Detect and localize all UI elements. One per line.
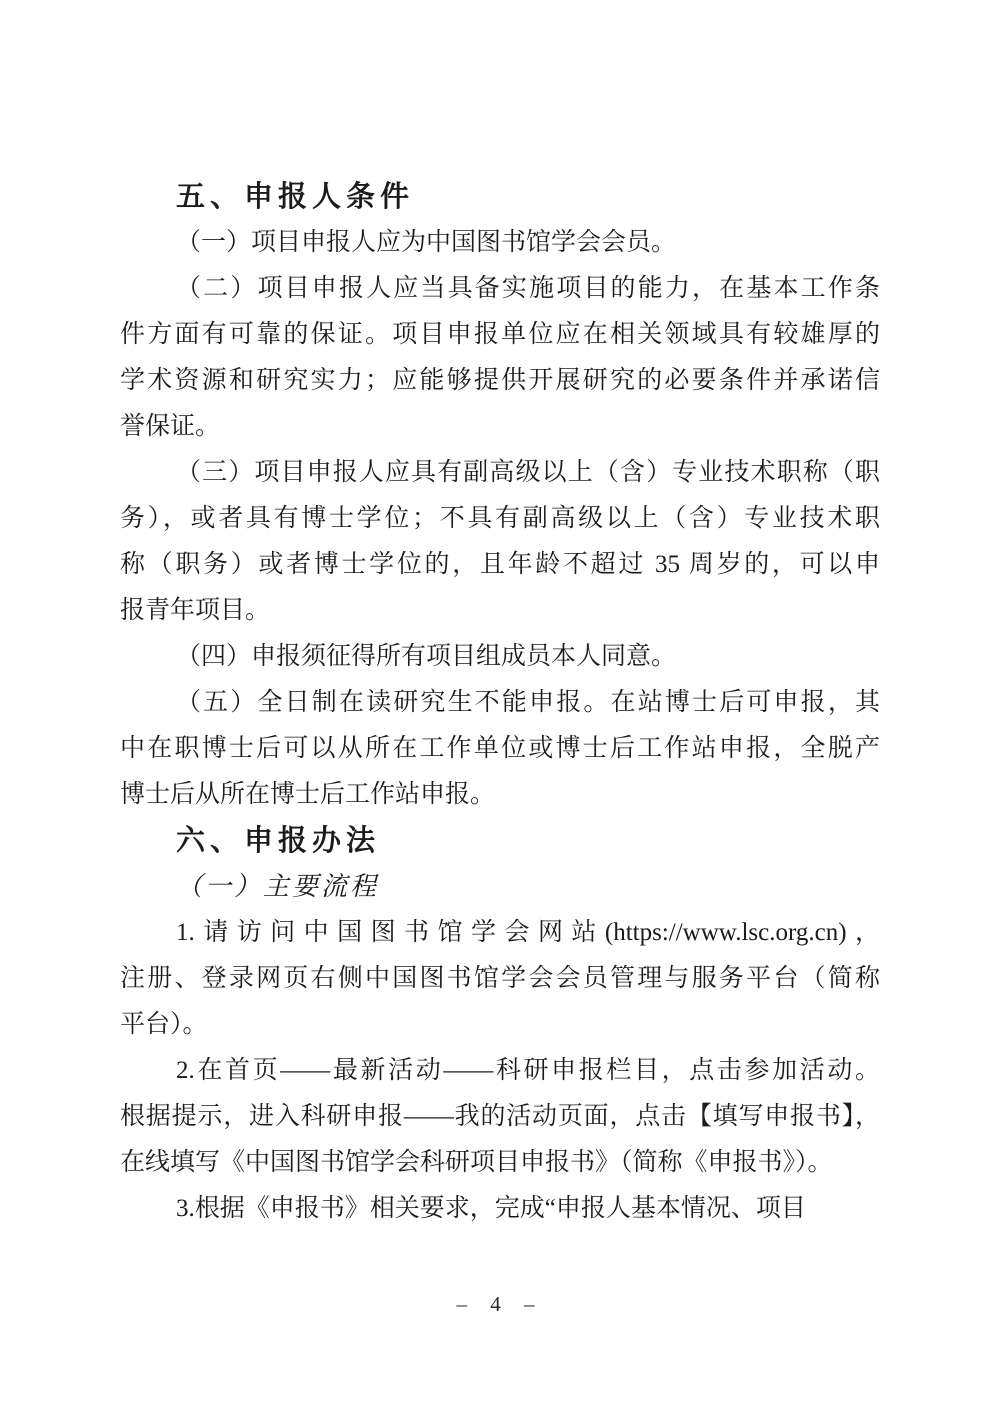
text-line: 六、申报办法 [120, 818, 880, 864]
paragraph: （一）项目申报人应为中国图书馆学会会员。 [120, 220, 880, 266]
paragraph: （五）全日制在读研究生不能申报。在站博士后可申报，其中在职博士后可以从所在工作单… [120, 680, 880, 818]
text-line: 报青年项目。 [120, 588, 880, 634]
text-line: （一）主要流程 [120, 864, 880, 910]
text-line: 根据提示，进入科研申报——我的活动页面，点击【填写申报书】， [120, 1094, 880, 1140]
text-line: （一）项目申报人应为中国图书馆学会会员。 [120, 220, 880, 266]
paragraph: 3.根据《申报书》相关要求，完成“申报人基本情况、项目 [120, 1186, 880, 1232]
text-line: 誉保证。 [120, 404, 880, 450]
text-line: （三）项目申报人应具有副高级以上（含）专业技术职称（职 [120, 450, 880, 496]
text-line: 1.请访问中国图书馆学会网站(https://www.lsc.org.cn)， [120, 910, 880, 956]
text-line: 称（职务）或者博士学位的，且年龄不超过 35 周岁的，可以申 [120, 542, 880, 588]
text-line: 学术资源和研究实力；应能够提供开展研究的必要条件并承诺信 [120, 358, 880, 404]
text-line: 五、申报人条件 [120, 174, 880, 220]
text-line: 平台）。 [120, 1002, 880, 1048]
text-line: 3.根据《申报书》相关要求，完成“申报人基本情况、项目 [120, 1186, 880, 1232]
text-line: 在线填写《中国图书馆学会科研项目申报书》（简称《申报书》）。 [120, 1140, 880, 1186]
document-page: 五、申报人条件（一）项目申报人应为中国图书馆学会会员。（二）项目申报人应当具备实… [0, 0, 1000, 1414]
paragraph: （二）项目申报人应当具备实施项目的能力，在基本工作条件方面有可靠的保证。项目申报… [120, 266, 880, 450]
paragraph: 1.请访问中国图书馆学会网站(https://www.lsc.org.cn)，注… [120, 910, 880, 1048]
text-line: （五）全日制在读研究生不能申报。在站博士后可申报，其 [120, 680, 880, 726]
text-line: 注册、登录网页右侧中国图书馆学会会员管理与服务平台（简称 [120, 956, 880, 1002]
section-heading: 六、申报办法 [120, 818, 880, 864]
paragraph: （四）申报须征得所有项目组成员本人同意。 [120, 634, 880, 680]
subsection-heading: （一）主要流程 [120, 864, 880, 910]
text-line: 中在职博士后可以从所在工作单位或博士后工作站申报，全脱产 [120, 726, 880, 772]
text-line: 件方面有可靠的保证。项目申报单位应在相关领域具有较雄厚的 [120, 312, 880, 358]
text-line: 2.在首页——最新活动——科研申报栏目，点击参加活动。 [120, 1048, 880, 1094]
paragraph: 2.在首页——最新活动——科研申报栏目，点击参加活动。根据提示，进入科研申报——… [120, 1048, 880, 1186]
text-line: （四）申报须征得所有项目组成员本人同意。 [120, 634, 880, 680]
text-line: 博士后从所在博士后工作站申报。 [120, 772, 880, 818]
section-heading: 五、申报人条件 [120, 174, 880, 220]
text-line: （二）项目申报人应当具备实施项目的能力，在基本工作条 [120, 266, 880, 312]
text-line: 务），或者具有博士学位；不具有副高级以上（含）专业技术职 [120, 496, 880, 542]
document-content: 五、申报人条件（一）项目申报人应为中国图书馆学会会员。（二）项目申报人应当具备实… [120, 174, 880, 1232]
page-number: – 4 – [0, 1292, 1000, 1317]
paragraph: （三）项目申报人应具有副高级以上（含）专业技术职称（职务），或者具有博士学位；不… [120, 450, 880, 634]
